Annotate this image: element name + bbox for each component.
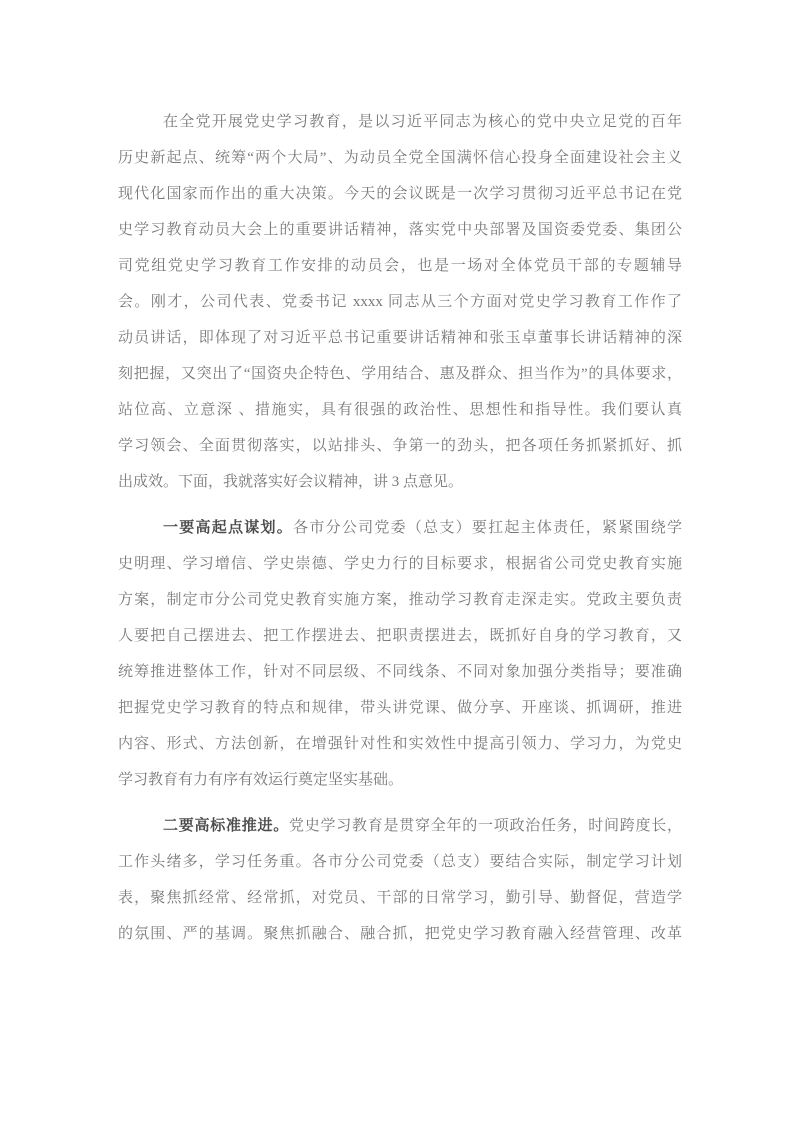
text-line: 把握党史学习教育的特点和规律，带头讲党课、做分享、开座谈、抓调研，推进 [118, 690, 682, 726]
text-line: 刻把握，又突出了“国资央企特色、学用结合、惠及群众、担当作为”的具体要求， [118, 356, 682, 392]
document-body: 在全党开展党史学习教育，是以习近平同志为核心的党中央立足党的百年历史新起点、统筹… [118, 104, 682, 952]
paragraph-1: 在全党开展党史学习教育，是以习近平同志为核心的党中央立足党的百年历史新起点、统筹… [118, 104, 682, 500]
paragraph-2: 一要高起点谋划。各市分公司党委（总支）要扛起主体责任，紧紧围绕学史明理、学习增信… [118, 509, 682, 798]
text-line: 内容、形式、方法创新，在增强针对性和实效性中提高引领力、学习力，为党史 [118, 726, 682, 762]
text-line: 统筹推进整体工作，针对不同层级、不同线条、不同对象加强分类指导；要准确 [118, 654, 682, 690]
text-line: 会。刚才，公司代表、党委书记 xxxx 同志从三个方面对党史学习教育工作作了 [118, 284, 682, 320]
paragraph-lead: 二要高标准推进。 [163, 816, 289, 834]
text-line: 的氛围、严的基调。聚焦抓融合、融合抓，把党史学习教育融入经营管理、改革 [118, 916, 682, 952]
text-line: 现代化国家而作出的重大决策。今天的会议既是一次学习贯彻习近平总书记在党 [118, 176, 682, 212]
text-line: 史明理、学习增信、学史崇德、学史力行的目标要求，根据省公司党史教育实施 [118, 546, 682, 582]
text-line: 一要高起点谋划。各市分公司党委（总支）要扛起主体责任，紧紧围绕学 [118, 509, 682, 546]
text-line: 二要高标准推进。党史学习教育是贯穿全年的一项政治任务，时间跨度长， [118, 807, 682, 844]
text-line: 人要把自己摆进去、把工作摆进去、把职责摆进去，既抓好自身的学习教育，又 [118, 618, 682, 654]
text-line: 表，聚焦抓经常、经常抓，对党员、干部的日常学习，勤引导、勤督促，营造学 [118, 880, 682, 916]
text-line: 学习领会、全面贯彻落实，以站排头、争第一的劲头，把各项任务抓紧抓好、抓 [118, 428, 682, 464]
text-line: 动员讲话，即体现了对习近平总书记重要讲话精神和张玉卓董事长讲话精神的深 [118, 320, 682, 356]
text-line: 史学习教育动员大会上的重要讲话精神，落实党中央部署及国资委党委、集团公 [118, 212, 682, 248]
text-line: 方案，制定市分公司党史教育实施方案，推动学习教育走深走实。党政主要负责 [118, 582, 682, 618]
text-line: 出成效。下面，我就落实好会议精神，讲 3 点意见。 [118, 464, 682, 500]
text-line: 历史新起点、统筹“两个大局”、为动员全党全国满怀信心投身全面建设社会主义 [118, 140, 682, 176]
text-line: 司党组党史学习教育工作安排的动员会，也是一场对全体党员干部的专题辅导 [118, 248, 682, 284]
paragraph-3: 二要高标准推进。党史学习教育是贯穿全年的一项政治任务，时间跨度长，工作头绪多，学… [118, 807, 682, 952]
paragraph-lead: 一要高起点谋划。 [163, 518, 293, 536]
document-page: 在全党开展党史学习教育，是以习近平同志为核心的党中央立足党的百年历史新起点、统筹… [0, 0, 793, 1122]
text-line: 工作头绪多，学习任务重。各市分公司党委（总支）要结合实际，制定学习计划 [118, 844, 682, 880]
text-line: 学习教育有力有序有效运行奠定坚实基础。 [118, 762, 682, 798]
text-line: 站位高、立意深 、措施实，具有很强的政治性、思想性和指导性。我们要认真 [118, 392, 682, 428]
text-line: 在全党开展党史学习教育，是以习近平同志为核心的党中央立足党的百年 [118, 104, 682, 140]
